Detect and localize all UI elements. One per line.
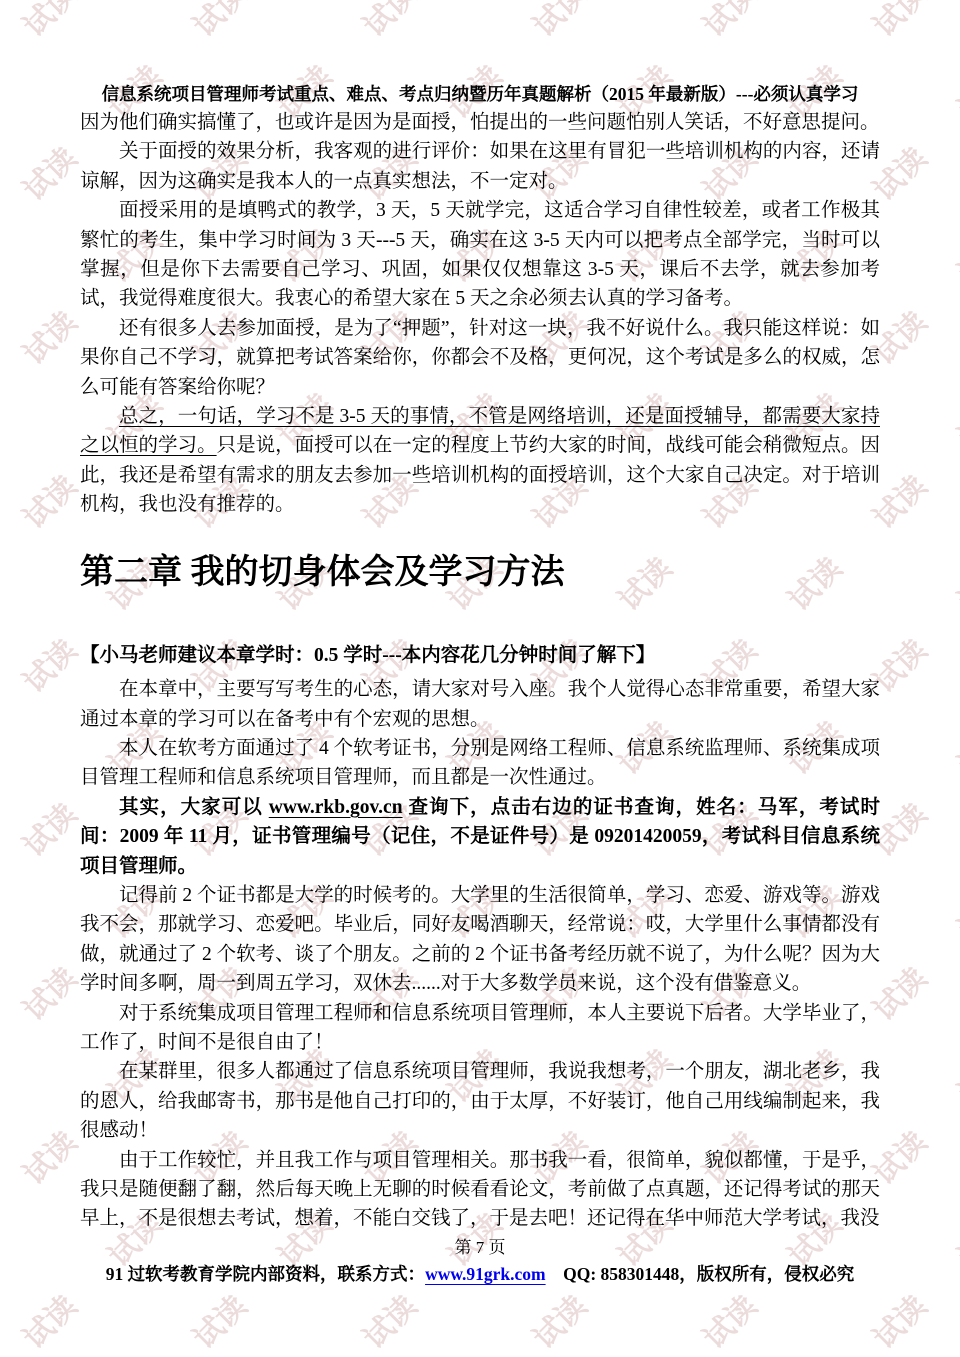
watermark-text: 试读 (521, 1283, 595, 1357)
chapter-note: 【小马老师建议本章学时：0.5 学时---本内容花几分钟时间了解下】 (80, 641, 880, 670)
paragraph: 本人在软考方面通过了 4 个软考证书，分别是网络工程师、信息系统监理师、系统集成… (80, 734, 880, 793)
text-segment: 其实，大家可以 (119, 797, 269, 818)
watermark-text: 试读 (861, 1283, 935, 1357)
text-segment: 本人在软考方面通过了 4 个软考证书，分别是网络工程师、信息系统监理师、系统集成… (80, 738, 880, 788)
text-segment: 还有很多人去参加面授，是为了“押题”，针对这一块，我不好说什么。我只能这样说：如… (80, 318, 880, 398)
text-segment: 在某群里，很多人都通过了信息系统项目管理师，我说我想考，一个朋友，湖北老乡，我的… (80, 1061, 880, 1141)
watermark-text: 试读 (351, 1283, 425, 1357)
text-segment: 91 过软考教育学院内部资料，联系方式： (106, 1264, 425, 1284)
paragraph: 其实，大家可以 www.rkb.gov.cn 查询下，点击右边的证书查询，姓名：… (80, 793, 880, 881)
watermark-text: 试读 (691, 1283, 765, 1357)
watermark-text: 试读 (181, 1283, 255, 1357)
text-segment: 记得前 2 个证书都是大学的时候考的。大学里的生活很简单，学习、恋爱、游戏等。游… (80, 885, 880, 994)
paragraph: 总之，一句话，学习不是 3-5 天的事情，不管是网络培训，还是面授辅导，都需要大… (80, 402, 880, 520)
text-segment: 对于系统集成项目管理工程师和信息系统项目管理师，本人主要说下后者。大学毕业了，工… (80, 1003, 880, 1053)
paragraph: 还有很多人去参加面授，是为了“押题”，针对这一块，我不好说什么。我只能这样说：如… (80, 314, 880, 402)
chapter-paragraphs: 在本章中，主要写写考生的心态，请大家对号入座。我个人觉得心态非常重要，希望大家通… (80, 675, 880, 1234)
text-segment: QQ: 858301448，版权所有，侵权必究 (546, 1264, 855, 1284)
text-segment: 由于工作较忙，并且我工作与项目管理相关。那书我一看，很简单，貌似都懂，于是乎，我… (80, 1150, 880, 1230)
paragraph: 在某群里，很多人都通过了信息系统项目管理师，我说我想考，一个朋友，湖北老乡，我的… (80, 1057, 880, 1145)
paragraph: 因为他们确实搞懂了，也或许是因为是面授，怕提出的一些问题怕别人笑话，不好意思提问… (80, 108, 880, 137)
page-number: 第 7 页 (80, 1236, 880, 1260)
paragraph: 面授采用的是填鸭式的教学，3 天，5 天就学完，这适合学习自律性较差，或者工作极… (80, 196, 880, 314)
paragraph: 在本章中，主要写写考生的心态，请大家对号入座。我个人觉得心态非常重要，希望大家通… (80, 675, 880, 734)
paragraph: 记得前 2 个证书都是大学的时候考的。大学里的生活很简单，学习、恋爱、游戏等。游… (80, 881, 880, 999)
paragraph: 由于工作较忙，并且我工作与项目管理相关。那书我一看，很简单，貌似都懂，于是乎，我… (80, 1146, 880, 1234)
watermark-text: 试读 (11, 1283, 85, 1357)
url-link[interactable]: www.91grk.com (425, 1264, 546, 1284)
intro-paragraphs: 因为他们确实搞懂了，也或许是因为是面授，怕提出的一些问题怕别人笑话，不好意思提问… (80, 108, 880, 520)
text-segment: 关于面授的效果分析，我客观的进行评价：如果在这里有冒犯一些培训机构的内容，还请谅… (80, 141, 880, 191)
footer-line: 91 过软考教育学院内部资料，联系方式：www.91grk.com QQ: 85… (80, 1262, 880, 1286)
page-header-title: 信息系统项目管理师考试重点、难点、考点归纳暨历年真题解析（2015 年最新版）-… (80, 82, 880, 106)
text-segment: 面授采用的是填鸭式的教学，3 天，5 天就学完，这适合学习自律性较差，或者工作极… (80, 200, 880, 309)
paragraph: 对于系统集成项目管理工程师和信息系统项目管理师，本人主要说下后者。大学毕业了，工… (80, 999, 880, 1058)
chapter-heading: 第二章 我的切身体会及学习方法 (80, 550, 880, 596)
text-segment: 在本章中，主要写写考生的心态，请大家对号入座。我个人觉得心态非常重要，希望大家通… (80, 679, 880, 729)
paragraph: 关于面授的效果分析，我客观的进行评价：如果在这里有冒犯一些培训机构的内容，还请谅… (80, 137, 880, 196)
document-page: 试读试读试读试读试读试读试读试读试读试读试读试读试读试读试读试读试读试读试读试读… (0, 0, 960, 1357)
text-segment: 因为他们确实搞懂了，也或许是因为是面授，怕提出的一些问题怕别人笑话，不好意思提问… (80, 112, 880, 133)
url-link[interactable]: www.rkb.gov.cn (269, 797, 403, 818)
page-content: 信息系统项目管理师考试重点、难点、考点归纳暨历年真题解析（2015 年最新版）-… (0, 0, 960, 1286)
